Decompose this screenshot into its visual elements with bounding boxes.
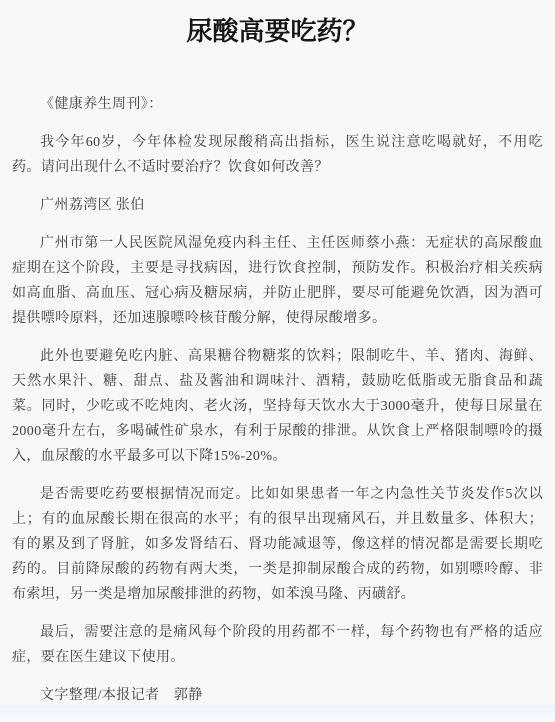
article-title: 尿酸高要吃药？: [12, 16, 543, 48]
medication-criteria-paragraph: 是否需要吃药要根据情况而定。比如如果患者一年之内急性关节炎发作5次以上；有的血尿…: [12, 482, 543, 607]
final-reminder-paragraph: 最后，需要注意的是痛风每个阶段的用药都不一样，每个药物也有严格的适应症，要在医生…: [12, 620, 543, 670]
footer-band: [0, 705, 555, 722]
reader-question: 我今年60岁，今年体检发现尿酸稍高出指标，医生说注意吃喝就好，不用吃药。请问出现…: [12, 130, 543, 180]
diet-advice-paragraph: 此外也要避免吃内脏、高果糖谷物糖浆的饮料；限制吃牛、羊、猪肉、海鲜、天然水果汁、…: [12, 344, 543, 469]
expert-answer-paragraph: 广州市第一人民医院风湿免疫内科主任、主任医师蔡小燕：无症状的高尿酸血症期在这个阶…: [12, 231, 543, 331]
reader-signature: 广州荔湾区 张伯: [12, 193, 543, 218]
article-page: 尿酸高要吃药？ 《健康养生周刊》： 我今年60岁，今年体检发现尿酸稍高出指标，医…: [0, 0, 555, 708]
publication-salutation: 《健康养生周刊》：: [12, 92, 543, 117]
